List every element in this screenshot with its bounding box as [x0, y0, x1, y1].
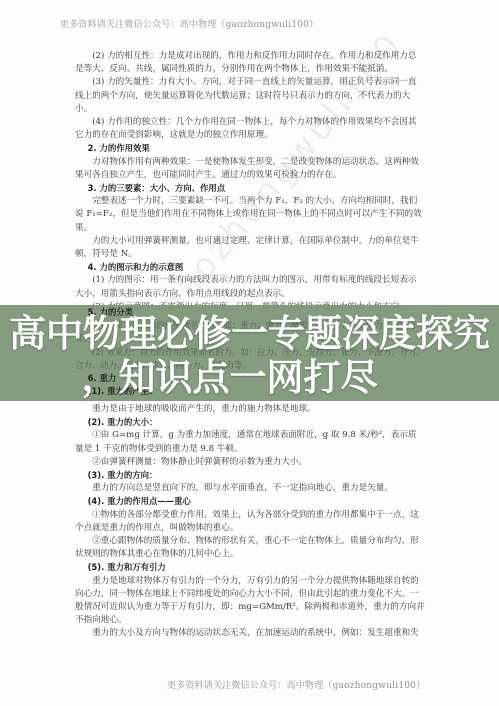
- paragraph: ①物体的各部分都受重力作用，效果上，认为各部分受到的重力作用都集中于一点，这个点…: [75, 509, 425, 535]
- paragraph: 力的大小可用弹簧秤测量，也可通过定理、定律计算，在国际单位制中，力的单位是牛顿，…: [75, 235, 425, 261]
- section-heading: 2. 力的作用效果: [75, 142, 425, 155]
- banner-title-line1: 高中物理必修一专题深度探究: [9, 312, 490, 355]
- paragraph: ②重心跟物体的质量分布、物体的形状有关，重心不一定在物体上。质量分布均匀、形状规…: [75, 535, 425, 561]
- paragraph: 重力的大小及方向与物体的运动状态无关，在加速运动的系统中，例如：发生超重和失: [75, 627, 425, 640]
- section-heading: (5). 重力和万有引力: [75, 561, 425, 574]
- footer-note: 更多资料请关注微信公众号：高中物理（gaozhongwuli100）: [167, 678, 425, 691]
- paragraph: ②由弹簧秤测量：物体静止时弹簧秤的示数为重力大小。: [75, 456, 425, 469]
- section-heading: (4). 重力的作用点——重心: [75, 495, 425, 508]
- content-top: (2) 力的相互性：力是成对出现的，作用力和反作用力同时存在。作用力和反作用力总…: [75, 50, 425, 314]
- section-heading: 4. 力的图示和力的示意图: [75, 261, 425, 274]
- paragraph: 重力是地球对物体万有引力的一个分力，万有引力的另一个分力提供物体随地球自转的向心…: [75, 575, 425, 628]
- banner-title-line2: ，知识点一网打尽: [0, 356, 499, 400]
- content-bottom: 重力是由于地球的吸收而产生的，重力的施力物体是地球。(2). 重力的大小：①由 …: [75, 403, 425, 641]
- paragraph: 重力是由于地球的吸收而产生的，重力的施力物体是地球。: [75, 403, 425, 416]
- paragraph: (3) 力的矢量性：力有大小、方向，对于同一直线上的矢量运算，用正负号表示同一直…: [75, 76, 425, 116]
- paragraph: ①由 G=mg 计算，g 为重力加速度，通常在地球表面附近，g 取 9.8 米/…: [75, 429, 425, 455]
- paragraph: (2) 力的相互性：力是成对出现的，作用力和反作用力同时存在。作用力和反作用力总…: [75, 50, 425, 76]
- header-note: 更多资料请关注微信公众号：高中物理（gaozhongwuli100）: [60, 17, 318, 30]
- paragraph: 力对物体作用有两种效果：一是使物体发生形变，二是改变物体的运动状态。这两种效果可…: [75, 156, 425, 182]
- section-heading: 3. 力的三要素：大小、方向、作用点: [75, 182, 425, 195]
- paragraph: (4) 力作用的独立性：几个力作用在同一物体上，每个力对物体的作用效果均不会因其…: [75, 116, 425, 142]
- section-heading: (3). 重力的方向：: [75, 469, 425, 482]
- paragraph: 重力的方向总是竖直向下的，即与水平面垂直，不一定指向地心，重力是矢量。: [75, 482, 425, 495]
- banner-title: 高中物理必修一专题深度探究 ，知识点一网打尽: [0, 312, 499, 400]
- paragraph: (1) 力的图示：用一条有向线段表示力的方法叫力的图示，用带有标度的线段长短表示…: [75, 274, 425, 300]
- document-page: 更多资料请关注微信公众号：高中物理（gaozhongwuli100） gaozh…: [0, 0, 499, 706]
- section-heading: (2). 重力的大小：: [75, 416, 425, 429]
- paragraph: 完整表述一个力时，三要素缺一不可。当两个力 F₁、F₂ 的大小、方向均相同时，我…: [75, 195, 425, 235]
